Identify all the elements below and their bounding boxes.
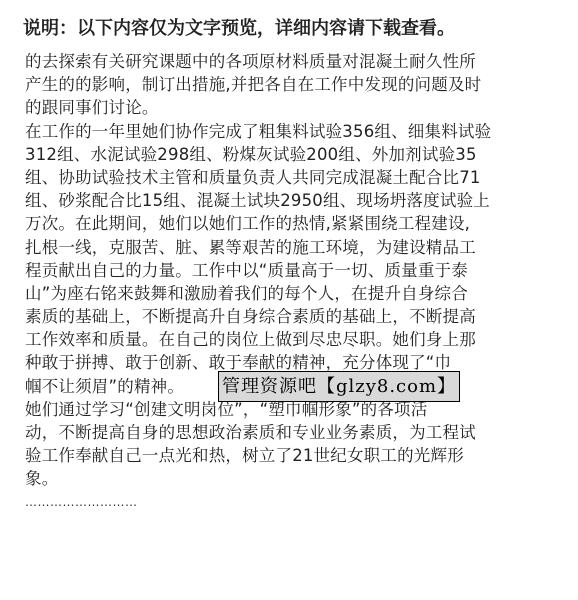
paragraph-line: 的去探索有关研究课题中的各项原材料质量对混凝土耐久性所 — [25, 50, 555, 73]
paragraph-line: 产生的的影响，制订出措施,并把各自在工作中发现的问题及时 — [25, 73, 555, 96]
paragraph-line: 组、砂浆配合比15组、混凝土试块2950组、现场坍落度试验上 — [25, 189, 555, 212]
paragraph-line: 素质的基础上，不断提高升自身综合素质的基础上，不断提高 — [25, 305, 555, 328]
paragraph-line: 万次。在此期间，她们以她们工作的热情,紧紧围绕工程建设, — [25, 212, 555, 235]
paragraph-line: 象。 — [25, 467, 555, 490]
preview-notice: 说明：以下内容仅为文字预览，详细内容请下载查看。 — [23, 14, 455, 40]
watermark-banner: 管理资源吧【glzy8.com】 — [218, 371, 460, 402]
paragraph-line: 动，不断提高自身的思想政治素质和专业业务素质，为工程试 — [25, 421, 555, 444]
paragraph-line: 扎根一线，克服苦、脏、累等艰苦的施工环境，为建设精品工 — [25, 236, 555, 259]
paragraph-line: 的跟同事们讨论。 — [25, 96, 555, 119]
ellipsis-divider: ……………………… — [25, 495, 555, 509]
document-body: 的去探索有关研究课题中的各项原材料质量对混凝土耐久性所 产生的的影响，制订出措施… — [25, 50, 555, 509]
paragraph-line: 在工作的一年里她们协作完成了粗集料试验356组、细集料试验 — [25, 120, 555, 143]
paragraph-line: 验工作奉献自己一点光和热，树立了21世纪女职工的光辉形 — [25, 444, 555, 467]
paragraph-line: 工作效率和质量。在自己的岗位上做到尽忠尽职。她们身上那 — [25, 328, 555, 351]
paragraph-line: 组、协助试验技术主管和质量负责人共同完成混凝土配合比71 — [25, 166, 555, 189]
paragraph-line: 山”为座右铭来鼓舞和激励着我们的每个人，在提升自身综合 — [25, 282, 555, 305]
paragraph-line: 312组、水泥试验298组、粉煤灰试验200组、外加剂试验35 — [25, 143, 555, 166]
paragraph-line: 程贡献出自己的力量。工作中以“质量高于一切、质量重于泰 — [25, 259, 555, 282]
